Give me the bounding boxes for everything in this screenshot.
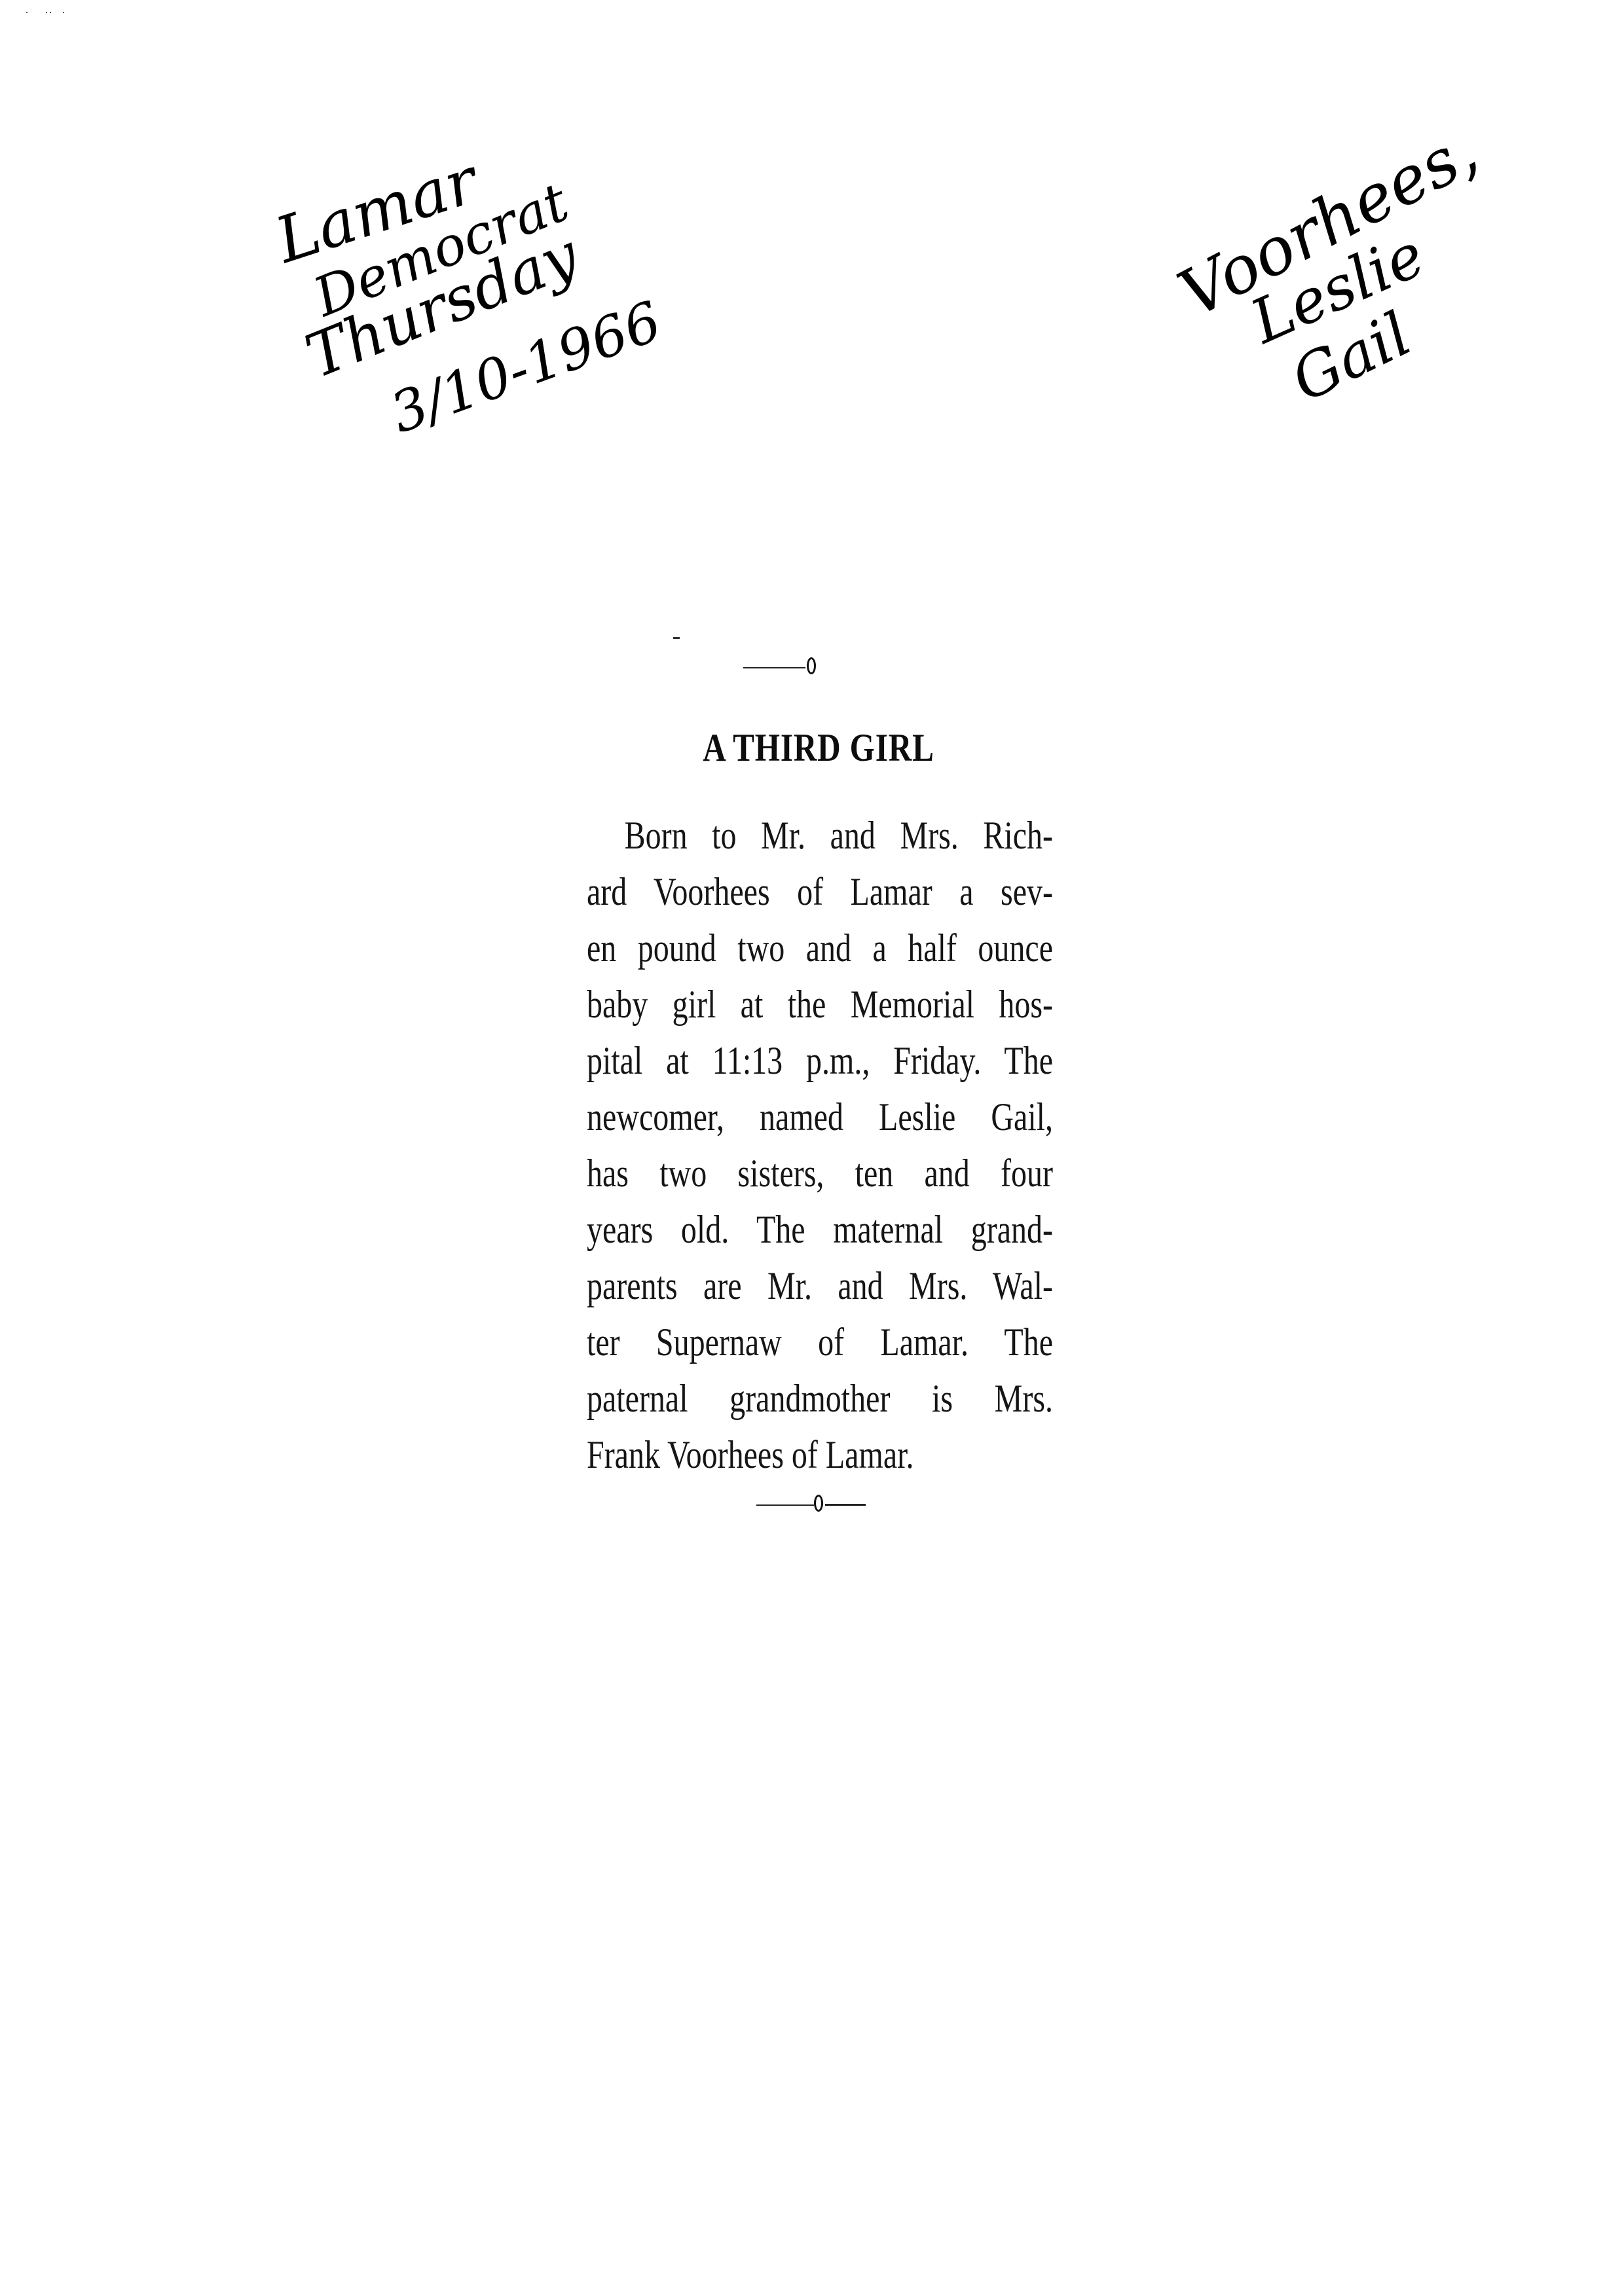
body-line: years old. The maternal grand- (587, 1201, 1053, 1258)
body-line: newcomer, named Leslie Gail, (587, 1089, 1053, 1145)
body-line: paternal grandmother is Mrs. (587, 1370, 1053, 1427)
body-line: baby girl at the Memorial hos- (587, 976, 1053, 1032)
separator-ring-icon (807, 657, 816, 674)
body-line: Frank Voorhees of Lamar. (587, 1427, 1053, 1483)
body-line: ard Voorhees of Lamar a sev- (587, 864, 1053, 920)
body-line: ter Supernaw of Lamar. The (587, 1314, 1053, 1370)
body-line: en pound two and a half ounce (587, 920, 1053, 976)
separator-ring-icon (814, 1495, 823, 1512)
article-headline: A THIRD GIRL (620, 725, 1018, 771)
body-line: parents are Mr. and Mrs. Wal- (587, 1258, 1053, 1314)
body-line: Born to Mr. and Mrs. Rich- (587, 807, 1053, 864)
newspaper-clipping: A THIRD GIRL Born to Mr. and Mrs. Rich- … (576, 655, 1061, 1518)
bottom-separator (576, 1492, 1061, 1518)
body-line: pital at 11:13 p.m., Friday. The (587, 1032, 1053, 1089)
scan-mark (673, 637, 680, 639)
article-body: Born to Mr. and Mrs. Rich- ard Voorhees … (576, 807, 1061, 1483)
body-line: has two sisters, ten and four (587, 1145, 1053, 1201)
separator-rule (825, 1504, 866, 1506)
scan-specks (25, 10, 71, 14)
separator-rule (743, 667, 805, 668)
separator-rule (756, 1504, 814, 1506)
handwritten-publication-note: Lamar Democrat Thursday 3/10-1966 (282, 196, 622, 445)
top-separator (576, 655, 1061, 681)
handwritten-subject-note: Voorhees, Leslie Gail (1166, 118, 1532, 393)
